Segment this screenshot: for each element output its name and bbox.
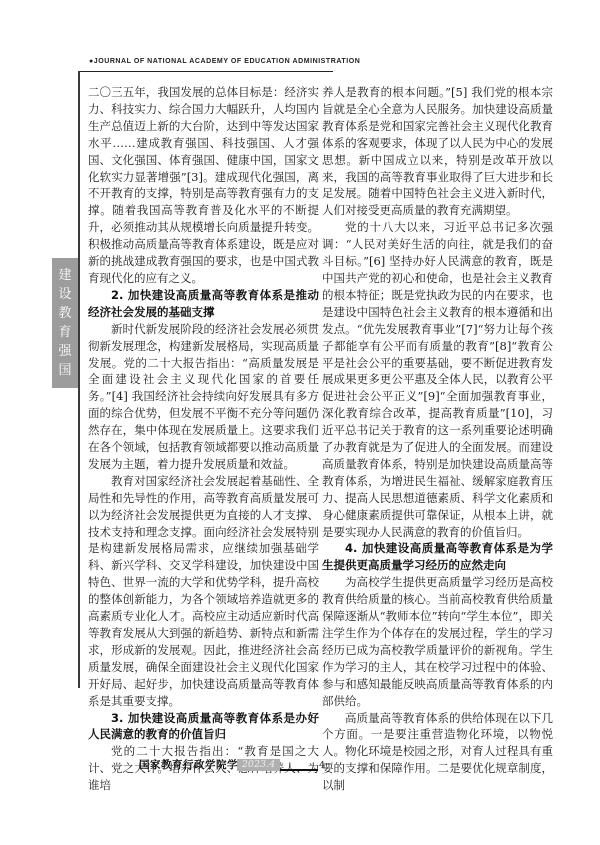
paragraph: 为高校学生提供更高质量学习经历是高校教育供给质量的核心。当前高校教育供给质量保障…	[322, 574, 553, 709]
paragraph-continuation: 养人是教育的根本问题。”[5] 我们党的根本宗旨就是全心全意为人民服务。加快建设…	[322, 84, 553, 219]
footer-issue-badge: 2023.4	[237, 759, 280, 771]
paragraph: 新时代新发展阶段的经济社会发展必须贯彻新发展理念，构建新发展格局，实现高质量发展…	[88, 321, 319, 473]
header-rule	[78, 71, 333, 72]
text-column-right: 养人是教育的根本问题。”[5] 我们党的根本宗旨就是全心全意为人民服务。加快建设…	[322, 84, 553, 794]
paragraph: 党的十八大以来，习近平总书记多次强调：“人民对美好生活的向往，就是我们的奋斗目标…	[322, 219, 553, 540]
subsection-heading-3: 3. 加快建设高质量高等教育体系是办好人民满意的教育的价值旨归	[88, 710, 319, 744]
footer-journal-name: 国家教育行政学院学报	[139, 757, 249, 772]
paragraph-continuation: 二〇三五年，我国发展的总体目标是：经济实力、科技实力、综合国力大幅跃升，人均国内…	[88, 84, 319, 287]
footer-rule	[280, 769, 318, 771]
subsection-heading-4: 4. 加快建设高质量高等教育体系是为学生提供更高质量学习经历的应然走向	[322, 540, 553, 574]
paragraph: 高质量高等教育体系的供给体现在以下几个方面。一是要注重营造物化环境，以物悦人。物…	[322, 710, 553, 795]
journal-page: ●JOURNAL OF NATIONAL ACADEMY OF EDUCATIO…	[0, 0, 600, 845]
page-number: 4	[319, 760, 325, 771]
left-vertical-rule	[78, 71, 80, 688]
journal-english-title: ●JOURNAL OF NATIONAL ACADEMY OF EDUCATIO…	[89, 58, 360, 65]
section-sidebar-label: 建设教育强国	[52, 258, 78, 388]
subsection-heading-2: 2. 加快建设高质量高等教育体系是推动经济社会发展的基础支撑	[88, 287, 319, 321]
text-column-left: 二〇三五年，我国发展的总体目标是：经济实力、科技实力、综合国力大幅跃升，人均国内…	[88, 84, 319, 794]
paragraph: 教育对国家经济社会发展起着基础性、全局性和先导性的作用，高等教育高质量发展可以为…	[88, 473, 319, 710]
